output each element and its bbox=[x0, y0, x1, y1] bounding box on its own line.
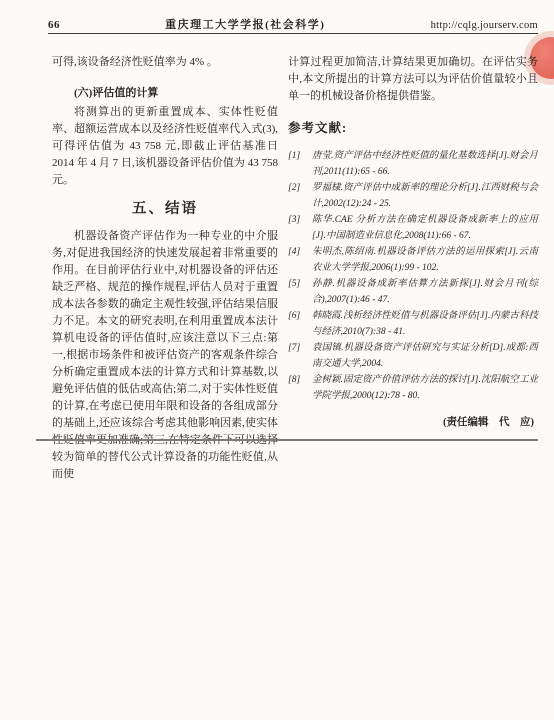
reference-item: [4] 朱明杰,陈绍南.机器设备评估方法的运用探索[J].云南农业大学学报,20… bbox=[288, 245, 538, 276]
header-divider bbox=[48, 33, 538, 34]
references-heading: 参考文献: bbox=[288, 120, 538, 137]
reference-item: [8] 金树颖.固定资产价值评估方法的探讨[J].沈阳航空工业学院学报,2000… bbox=[288, 373, 538, 404]
section-heading-conclusion: 五、结语 bbox=[52, 201, 278, 218]
reference-text: 袁国镇.机器设备资产评估研究与实证分析[D].成都:西南交通大学,2004. bbox=[312, 341, 538, 372]
reference-text: 陈华.CAE 分析方法在确定机器设备成新率上的应用[J].中国制造业信息化,20… bbox=[312, 213, 538, 244]
journal-page: 66 重庆理工大学学报(社会科学) http://cqlg.jourserv.c… bbox=[0, 0, 554, 720]
reference-number: [2] bbox=[288, 181, 312, 197]
reference-item: [1] 唐莹.资产评估中经济性贬值的量化基数选择[J].财会月刊,2011(11… bbox=[288, 149, 538, 180]
reference-number: [1] bbox=[288, 149, 312, 165]
article-end-divider bbox=[36, 439, 538, 441]
subsection-heading: (六)评估值的计算 bbox=[52, 85, 278, 102]
reference-number: [8] bbox=[288, 373, 312, 389]
reference-item: [2] 罗福棣.资产评估中成新率的理论分析[J].江西财税与会计,2002(12… bbox=[288, 181, 538, 212]
reference-number: [5] bbox=[288, 277, 312, 293]
reference-text: 罗福棣.资产评估中成新率的理论分析[J].江西财税与会计,2002(12):24… bbox=[312, 181, 538, 212]
reference-text: 韩晓霞.浅析经济性贬值与机器设备评估[J].内蒙古科技与经济,2010(7):3… bbox=[312, 309, 538, 340]
references-list: [1] 唐莹.资产评估中经济性贬值的量化基数选择[J].财会月刊,2011(11… bbox=[288, 149, 538, 404]
reference-text: 唐莹.资产评估中经济性贬值的量化基数选择[J].财会月刊,2011(11):65… bbox=[312, 149, 538, 180]
reference-text: 金树颖.固定资产价值评估方法的探讨[J].沈阳航空工业学院学报,2000(12)… bbox=[312, 373, 538, 404]
reference-number: [4] bbox=[288, 245, 312, 261]
body-paragraph: 机器设备资产评估作为一种专业的中介服务,对促进我国经济的快速发展起着非常重要的作… bbox=[52, 228, 278, 483]
reference-number: [7] bbox=[288, 341, 312, 357]
reference-item: [7] 袁国镇.机器设备资产评估研究与实证分析[D].成都:西南交通大学,200… bbox=[288, 341, 538, 372]
carryover-text: 可得,该设备经济性贬值率为 4% 。 bbox=[52, 54, 278, 71]
left-column: 可得,该设备经济性贬值率为 4% 。 (六)评估值的计算 将测算出的更新重置成本… bbox=[52, 54, 278, 483]
reference-text: 朱明杰,陈绍南.机器设备评估方法的运用探索[J].云南农业大学学报,2006(1… bbox=[312, 245, 538, 276]
reference-text: 孙静.机器设备成新率估算方法新探[J].财会月刊(综合),2007(1):46 … bbox=[312, 277, 538, 308]
journal-url: http://cqlg.jourserv.com bbox=[431, 20, 538, 31]
reference-number: [6] bbox=[288, 309, 312, 325]
reference-item: [5] 孙静.机器设备成新率估算方法新探[J].财会月刊(综合),2007(1)… bbox=[288, 277, 538, 308]
reference-item: [6] 韩晓霞.浅析经济性贬值与机器设备评估[J].内蒙古科技与经济,2010(… bbox=[288, 309, 538, 340]
page-number: 66 bbox=[48, 19, 60, 31]
right-column: 计算过程更加简洁,计算结果更加确切。在评估实务中,本文所提出的计算方法可以为评估… bbox=[288, 54, 538, 431]
body-paragraph-continuation: 计算过程更加简洁,计算结果更加确切。在评估实务中,本文所提出的计算方法可以为评估… bbox=[288, 54, 538, 105]
reference-item: [3] 陈华.CAE 分析方法在确定机器设备成新率上的应用[J].中国制造业信息… bbox=[288, 213, 538, 244]
reference-number: [3] bbox=[288, 213, 312, 229]
journal-title: 重庆理工大学学报(社会科学) bbox=[165, 16, 325, 32]
editor-note: (责任编辑 代 应) bbox=[288, 414, 534, 431]
body-paragraph: 将测算出的更新重置成本、实体性贬值率、超额运营成本以及经济性贬值率代入式(3),… bbox=[52, 104, 278, 189]
page-header: 66 重庆理工大学学报(社会科学) http://cqlg.jourserv.c… bbox=[48, 16, 538, 32]
